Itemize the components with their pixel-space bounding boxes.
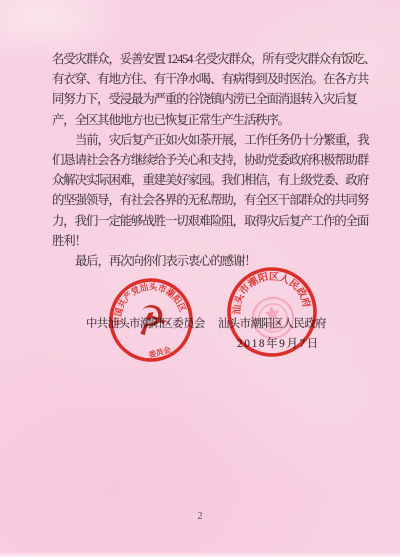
letter-line: 同努力下，受浸最为严重的谷饶镇内涝已全面消退转入灾后复 [52, 89, 364, 109]
letter-line: 当前，灾后复产正如火如荼开展，工作任务仍十分繁重，我 [52, 130, 364, 150]
party-committee-seal: 中国共产党汕头市潮阳区 ☭ 委员会 [96, 265, 206, 375]
national-emblem-icon [250, 295, 296, 341]
page-number: 2 [193, 511, 207, 522]
letter-line: 胜利！ [52, 231, 364, 251]
letter-line: 产，全区其他地方也已恢复正常生产生活秩序。 [52, 110, 364, 130]
government-seal: 汕头市潮阳区人民政府 [212, 252, 332, 372]
letter-line: 名受灾群众，妥善安置 12454 名受灾群众，所有受灾群众有饭吃、 [52, 49, 364, 69]
letter-body: 名受灾群众，妥善安置 12454 名受灾群众，所有受灾群众有饭吃、有衣穿、有地方… [52, 49, 364, 271]
letter-line: 力，我们一定能够战胜一切艰难险阻，取得灾后复产工作的全面 [52, 211, 364, 231]
letter-line: 众解决实际困难，重建美好家园。我们相信，有上级党委、政府 [52, 170, 364, 190]
letter-page: 名受灾群众，妥善安置 12454 名受灾群众，所有受灾群众有饭吃、有衣穿、有地方… [0, 0, 400, 557]
letter-line: 们恳请社会各方继续给予关心和支持，协助党委政府积极帮助群 [52, 150, 364, 170]
letter-line: 有衣穿、有地方住、有干净水喝、有病得到及时医治。在各方共 [52, 69, 364, 89]
letter-line: 的坚强领导，有社会各界的无私帮助，有全区干部群众的共同努 [52, 190, 364, 210]
hammer-and-sickle-icon: ☭ [129, 294, 173, 345]
